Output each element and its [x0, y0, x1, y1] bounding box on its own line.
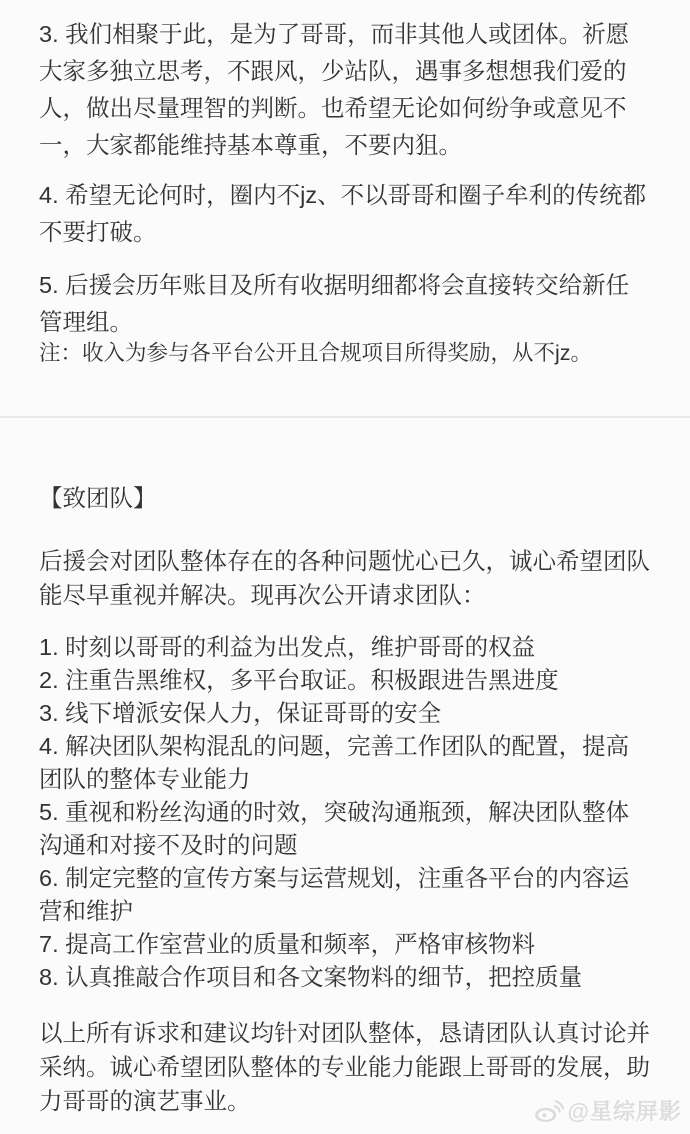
statement-point-5: 5. 后援会历年账目及所有收据明细都将会直接转交给新任 管理组。	[39, 267, 684, 341]
section-divider	[0, 416, 690, 418]
team-demand-item: 6. 制定完整的宣传方案与运营规划，注重各平台的内容运 营和维护	[39, 862, 684, 928]
team-section: 【致团队】 后援会对团队整体存在的各种问题忧心已久，诚心希望团队 能尽早重视并解…	[39, 480, 684, 1118]
team-intro: 后援会对团队整体存在的各种问题忧心已久，诚心希望团队 能尽早重视并解决。现再次公…	[39, 544, 684, 612]
team-demand-item: 3. 线下增派安保人力，保证哥哥的安全	[39, 697, 684, 730]
team-demand-item: 2. 注重告黑维权，多平台取证。积极跟进告黑进度	[39, 664, 684, 697]
team-demand-item: 1. 时刻以哥哥的利益为出发点，维护哥哥的权益	[39, 631, 684, 664]
weibo-icon	[534, 1098, 564, 1124]
statement-point-3: 3. 我们相聚于此，是为了哥哥，而非其他人或团体。祈愿 大家多独立思考，不跟风，…	[39, 16, 684, 164]
team-demand-item: 4. 解决团队架构混乱的问题，完善工作团队的配置，提高 团队的整体专业能力	[39, 730, 684, 796]
team-demand-list: 1. 时刻以哥哥的利益为出发点，维护哥哥的权益 2. 注重告黑维权，多平台取证。…	[39, 631, 684, 994]
team-demand-item: 7. 提高工作室营业的质量和频率，严格审核物料	[39, 928, 684, 961]
team-demand-item: 8. 认真推敲合作项目和各文案物料的细节，把控质量	[39, 961, 684, 994]
watermark-handle: @星综屏影	[568, 1095, 682, 1126]
statement-image: 3. 我们相聚于此，是为了哥哥，而非其他人或团体。祈愿 大家多独立思考，不跟风，…	[0, 0, 690, 1134]
watermark: @星综屏影	[534, 1095, 682, 1126]
income-note: 注：收入为参与各平台公开且合规项目所得奖励，从不jz。	[39, 338, 684, 369]
team-demand-item: 5. 重视和粉丝沟通的时效，突破沟通瓶颈，解决团队整体 沟通和对接不及时的问题	[39, 796, 684, 862]
team-section-heading: 【致团队】	[39, 480, 684, 517]
statement-point-4: 4. 希望无论何时，圈内不jz、不以哥哥和圈子牟利的传统都 不要打破。	[39, 177, 684, 251]
statement-top-section: 3. 我们相聚于此，是为了哥哥，而非其他人或团体。祈愿 大家多独立思考，不跟风，…	[39, 16, 684, 369]
